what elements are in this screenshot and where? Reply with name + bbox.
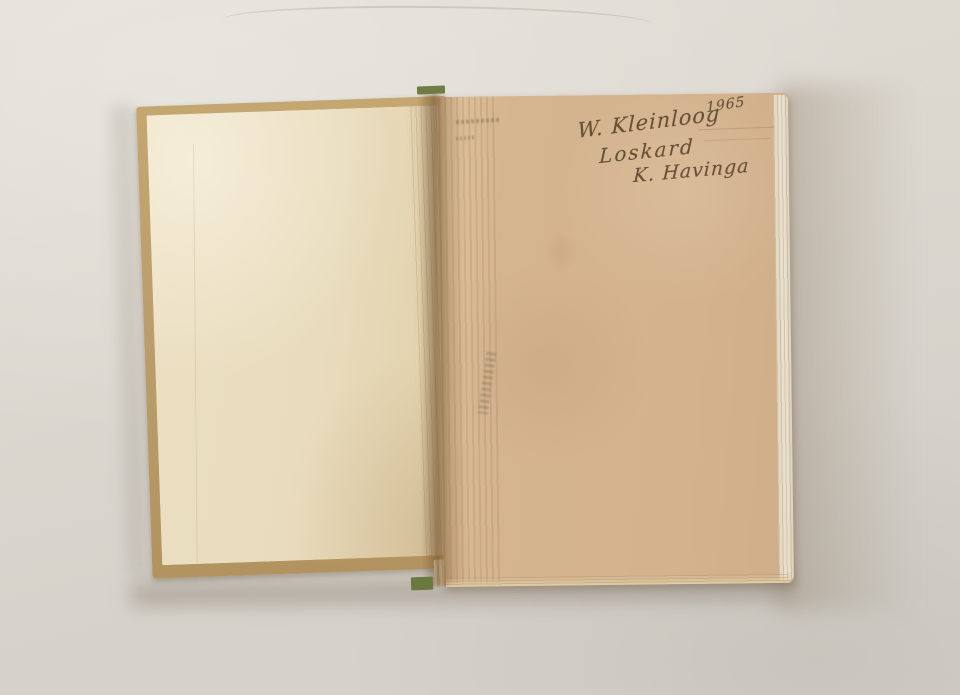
- left-cover-board: [136, 96, 462, 579]
- left-page-crease: [193, 144, 198, 564]
- spine-cloth-top: [417, 86, 445, 95]
- surface-scratch-line: [222, 4, 652, 41]
- book-photo: 1965 W. Kleinloog Loskard K. Havinga: [0, 0, 960, 695]
- left-endpaper-page: [146, 105, 460, 565]
- spine-cloth-bottom: [411, 577, 433, 591]
- book-cast-shadow-right: [778, 85, 943, 610]
- spine-gutter-crease: [418, 94, 452, 586]
- paper-smudge: [536, 222, 586, 282]
